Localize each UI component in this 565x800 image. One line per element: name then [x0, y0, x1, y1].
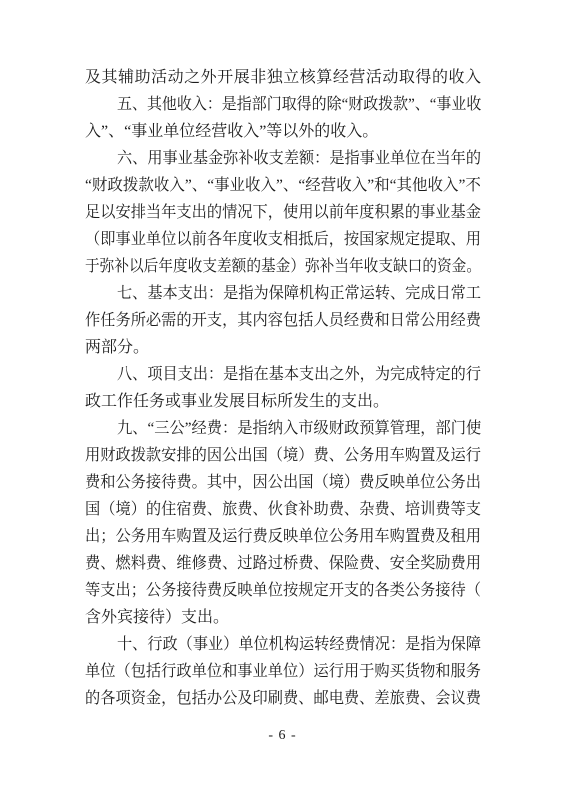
- document-body: 及其辅助活动之外开展非独立核算经营活动取得的收入五、其他收入：是指部门取得的除“…: [85, 64, 481, 712]
- text-line: 政工作任务或事业发展目标所发生的支出。: [85, 388, 481, 415]
- paragraph: 五、其他收入：是指部门取得的除“财政拨款”、“事业收入”、“事业单位经营收入”等…: [85, 91, 481, 145]
- text-line: 九、“三公”经费：是指纳入市级财政预算管理，部门使: [85, 415, 481, 442]
- text-line: 作任务所必需的开支，其内容包括人员经费和日常公用经费: [85, 307, 481, 334]
- document-page: 及其辅助活动之外开展非独立核算经营活动取得的收入五、其他收入：是指部门取得的除“…: [0, 0, 565, 800]
- text-line: 十、行政（事业）单位机构运转经费情况：是指为保障: [85, 631, 481, 658]
- text-line: 等支出；公务接待费反映单位按规定开支的各类公务接待（: [85, 577, 481, 604]
- text-line: 于弥补以后年度收支差额的基金）弥补当年收支缺口的资金。: [85, 253, 481, 280]
- text-line: 及其辅助活动之外开展非独立核算经营活动取得的收入: [85, 64, 481, 91]
- text-line: 七、基本支出：是指为保障机构正常运转、完成日常工: [85, 280, 481, 307]
- text-line: 费和公务接待费。其中，因公出国（境）费反映单位公务出: [85, 469, 481, 496]
- text-line: 五、其他收入：是指部门取得的除“财政拨款”、“事业收: [85, 91, 481, 118]
- text-line: 出；公务用车购置及运行费反映单位公务用车购置费及租用: [85, 523, 481, 550]
- paragraph: 八、项目支出：是指在基本支出之外，为完成特定的行政工作任务或事业发展目标所发生的…: [85, 361, 481, 415]
- paragraph: 及其辅助活动之外开展非独立核算经营活动取得的收入: [85, 64, 481, 91]
- page-number: - 6 -: [0, 726, 565, 746]
- text-line: 入”、“事业单位经营收入”等以外的收入。: [85, 118, 481, 145]
- paragraph: 九、“三公”经费：是指纳入市级财政预算管理，部门使用财政拨款安排的因公出国（境）…: [85, 415, 481, 631]
- text-line: （即事业单位以前各年度收支相抵后，按国家规定提取、用: [85, 226, 481, 253]
- paragraph: 七、基本支出：是指为保障机构正常运转、完成日常工作任务所必需的开支，其内容包括人…: [85, 280, 481, 361]
- text-line: 两部分。: [85, 334, 481, 361]
- text-line: 的各项资金，包括办公及印刷费、邮电费、差旅费、会议费: [85, 685, 481, 712]
- text-line: 足以安排当年支出的情况下，使用以前年度积累的事业基金: [85, 199, 481, 226]
- text-line: 八、项目支出：是指在基本支出之外，为完成特定的行: [85, 361, 481, 388]
- text-line: 含外宾接待）支出。: [85, 604, 481, 631]
- paragraph: 十、行政（事业）单位机构运转经费情况：是指为保障单位（包括行政单位和事业单位）运…: [85, 631, 481, 712]
- text-line: 单位（包括行政单位和事业单位）运行用于购买货物和服务: [85, 658, 481, 685]
- paragraph: 六、用事业基金弥补收支差额：是指事业单位在当年的“财政拨款收入”、“事业收入”、…: [85, 145, 481, 280]
- text-line: 费、燃料费、维修费、过路过桥费、保险费、安全奖励费用: [85, 550, 481, 577]
- text-line: “财政拨款收入”、“事业收入”、“经营收入”和“其他收入”不: [85, 172, 481, 199]
- text-line: 国（境）的住宿费、旅费、伙食补助费、杂费、培训费等支: [85, 496, 481, 523]
- text-line: 用财政拨款安排的因公出国（境）费、公务用车购置及运行: [85, 442, 481, 469]
- text-line: 六、用事业基金弥补收支差额：是指事业单位在当年的: [85, 145, 481, 172]
